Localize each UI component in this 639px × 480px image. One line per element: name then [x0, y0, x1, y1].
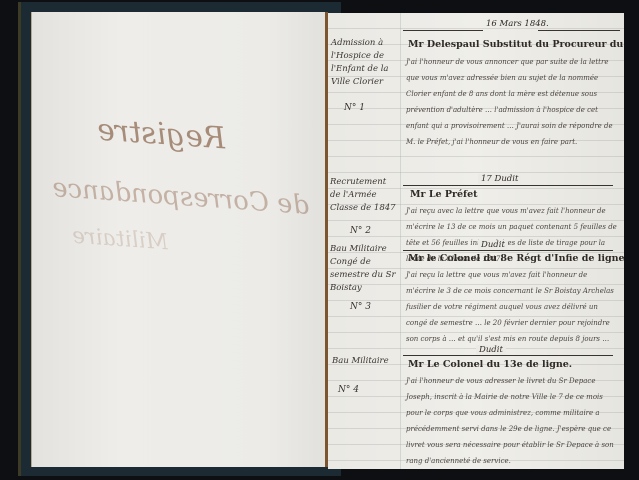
bleed-through-text: Registre — [96, 113, 227, 157]
entry-date: Dudit — [476, 345, 506, 355]
entry-body: J'ai reçu la lettre que vous m'avez fait… — [406, 267, 618, 347]
entry-number: N° 3 — [350, 302, 371, 312]
margin-line — [400, 13, 401, 469]
divider — [538, 30, 620, 31]
entry-body: J'ai l'honneur de vous adresser le livre… — [406, 373, 618, 469]
entry-addressee: Mr Le Préfet — [410, 189, 478, 200]
entry-body: J'ai l'honneur de vous annoncer que par … — [406, 54, 618, 150]
margin-note: Bau Militaire Congé de semestre du Sr Bo… — [330, 243, 398, 295]
left-page: Registre de Correspondance Militaire — [31, 12, 327, 467]
bleed-through-text: Militaire — [71, 224, 169, 256]
divider — [403, 185, 613, 186]
divider — [403, 30, 483, 31]
entry-date: 16 Mars 1848. — [486, 19, 549, 29]
bleed-through-text: de Correspondance — [51, 173, 310, 221]
divider — [403, 250, 613, 251]
margin-note: Recrutement de l'Armée Classe de 1847 — [330, 176, 398, 215]
entry-date: 17 Dudit — [478, 174, 521, 184]
entry-number: N° 1 — [344, 103, 365, 113]
entry-addressee: Mr Delespaul Substitut du Procureur du R… — [408, 39, 624, 50]
divider — [403, 355, 613, 356]
right-page: 16 Mars 1848. Admission à l'Hospice de l… — [328, 13, 624, 469]
entry-number: N° 2 — [350, 226, 371, 236]
entry-addressee: Mr Le Colonel du 13e de ligne. — [408, 359, 572, 370]
entry-addressee: Mr le Colonel du 8e Régt d'Infie de lign… — [408, 253, 624, 264]
margin-note: Bau Militaire — [332, 355, 400, 368]
entry-number: N° 4 — [338, 385, 359, 395]
margin-note: Admission à l'Hospice de l'Enfant de la … — [331, 37, 399, 89]
entry-date: Dudit — [478, 240, 508, 250]
